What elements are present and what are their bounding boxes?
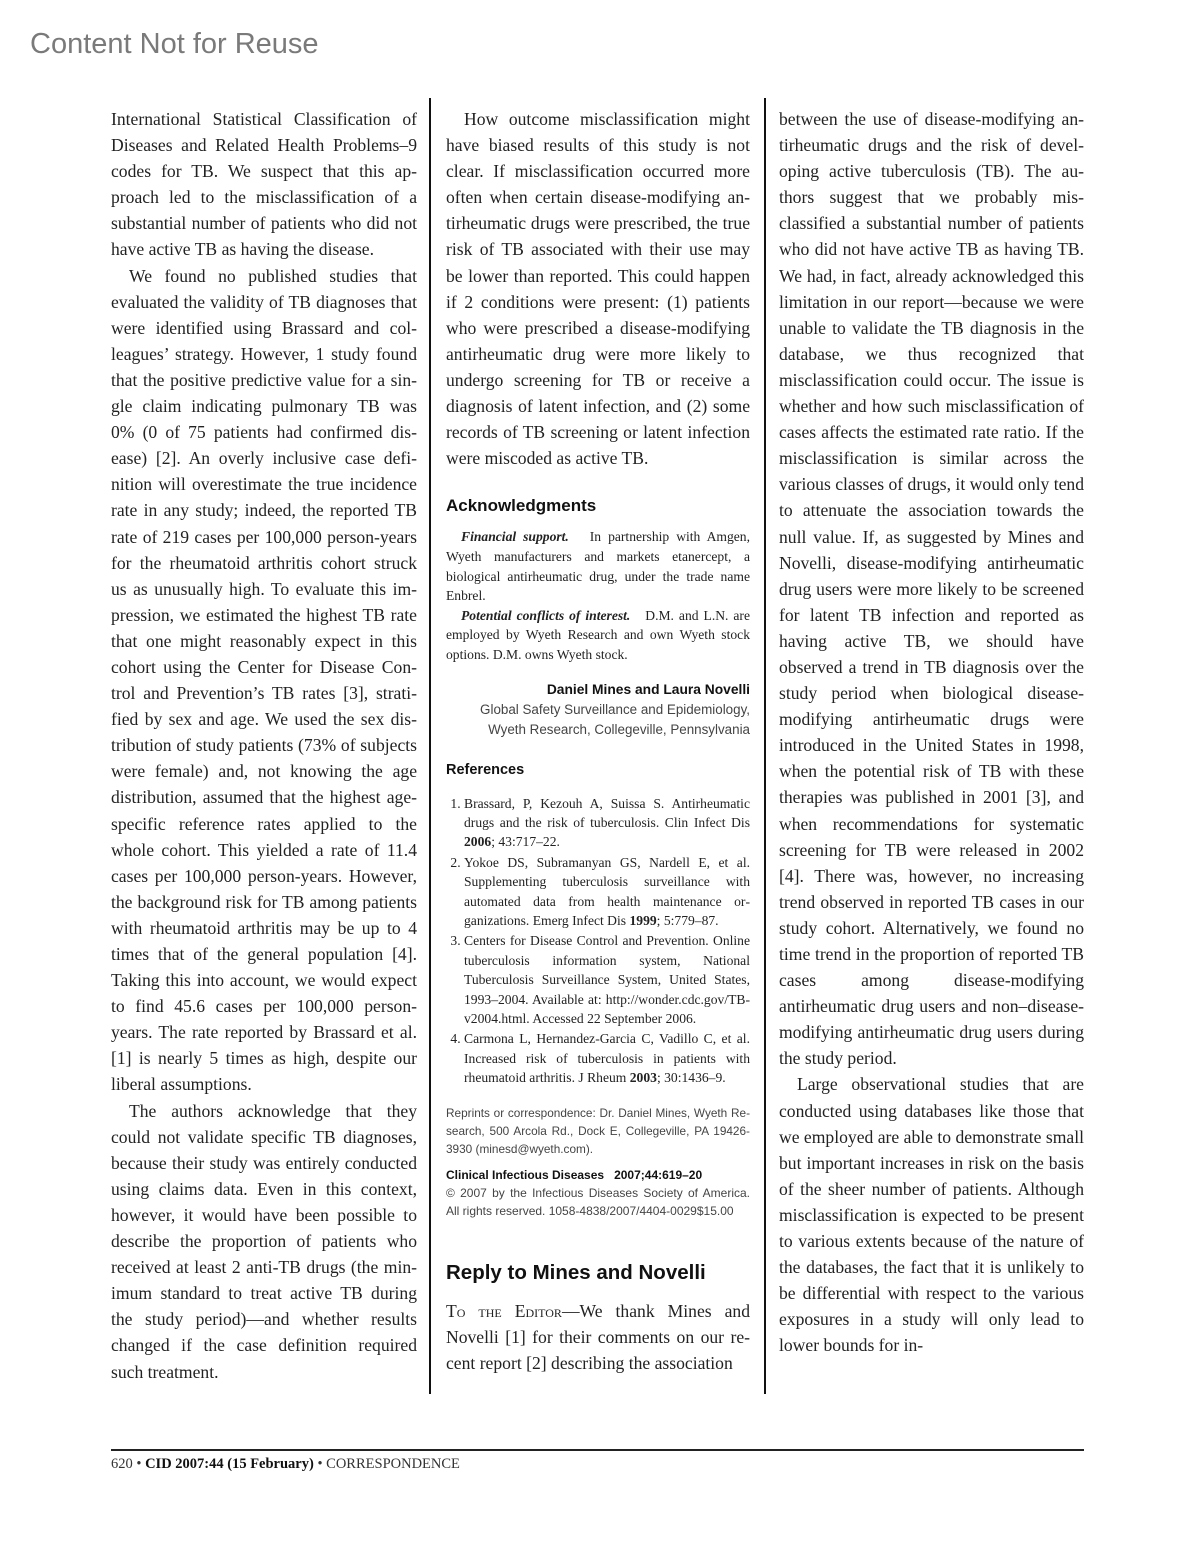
column-2: How outcome misclassification might have… bbox=[446, 106, 750, 1376]
journal-issue: CID 2007:44 (15 February) bbox=[145, 1456, 314, 1472]
acknowledgments: Financial support. In partnership with A… bbox=[446, 527, 750, 664]
journal-citation: 2007;44:619–20 bbox=[614, 1168, 702, 1182]
footer-rule bbox=[111, 1449, 1084, 1451]
reference-item: Yokoe DS, Subramanyan GS, Nardell E, et … bbox=[464, 853, 750, 931]
page-footer: 620 • CID 2007:44 (15 February) • CORRES… bbox=[111, 1456, 460, 1473]
author-names: Daniel Mines and Laura Novelli bbox=[446, 680, 750, 700]
paragraph: Large observational studies that are con… bbox=[779, 1071, 1084, 1358]
reference-item: Carmona L, Hernandez-Garcia C, Vadillo C… bbox=[464, 1029, 750, 1087]
correspondence-note: Reprints or correspondence: Dr. Daniel M… bbox=[446, 1104, 750, 1158]
journal-name: Clinical Infectious Diseases bbox=[446, 1168, 604, 1182]
reply-heading: Reply to Mines and Novelli bbox=[446, 1260, 750, 1286]
section-name: CORRESPONDENCE bbox=[326, 1456, 460, 1472]
paragraph: International Statistical Classification… bbox=[111, 106, 417, 263]
conflicts-label: Potential conflicts of interest. bbox=[461, 608, 630, 623]
reply-paragraph: To the Editor—We thank Mines and Novelli… bbox=[446, 1298, 750, 1376]
affiliation-line: Global Safety Surveillance and Epidemiol… bbox=[446, 700, 750, 720]
paragraph: We found no published studies that evalu… bbox=[111, 263, 417, 1098]
copyright: © 2007 by the Infectious Diseases Societ… bbox=[446, 1186, 750, 1218]
column-divider bbox=[429, 98, 431, 1394]
affiliation-line: Wyeth Research, Collegeville, Pennsylvan… bbox=[446, 720, 750, 740]
journal-info: Clinical Infectious Diseases 2007;44:619… bbox=[446, 1166, 750, 1220]
reference-item: Centers for Disease Control and Preventi… bbox=[464, 931, 750, 1028]
references-heading: References bbox=[446, 757, 750, 783]
reference-item: Brassard, P, Kezouh A, Suissa S. Antirhe… bbox=[464, 794, 750, 852]
signature: Daniel Mines and Laura Novelli Global Sa… bbox=[446, 680, 750, 739]
column-divider bbox=[764, 98, 766, 1394]
paragraph: between the use of disease-modifying an­… bbox=[779, 106, 1084, 1071]
column-1: International Statistical Classification… bbox=[111, 106, 417, 1385]
paragraph: The authors acknowledge that they could … bbox=[111, 1098, 417, 1385]
paragraph: How outcome misclassification might have… bbox=[446, 106, 750, 471]
page-number: 620 bbox=[111, 1456, 133, 1472]
financial-support-label: Financial support. bbox=[461, 529, 569, 544]
watermark: Content Not for Reuse bbox=[30, 28, 319, 61]
reference-list: Brassard, P, Kezouh A, Suissa S. Antirhe… bbox=[446, 794, 750, 1088]
column-3: between the use of disease-modifying an­… bbox=[779, 106, 1084, 1359]
salutation: To the Editor bbox=[446, 1301, 562, 1321]
acknowledgments-heading: Acknowledgments bbox=[446, 495, 750, 517]
